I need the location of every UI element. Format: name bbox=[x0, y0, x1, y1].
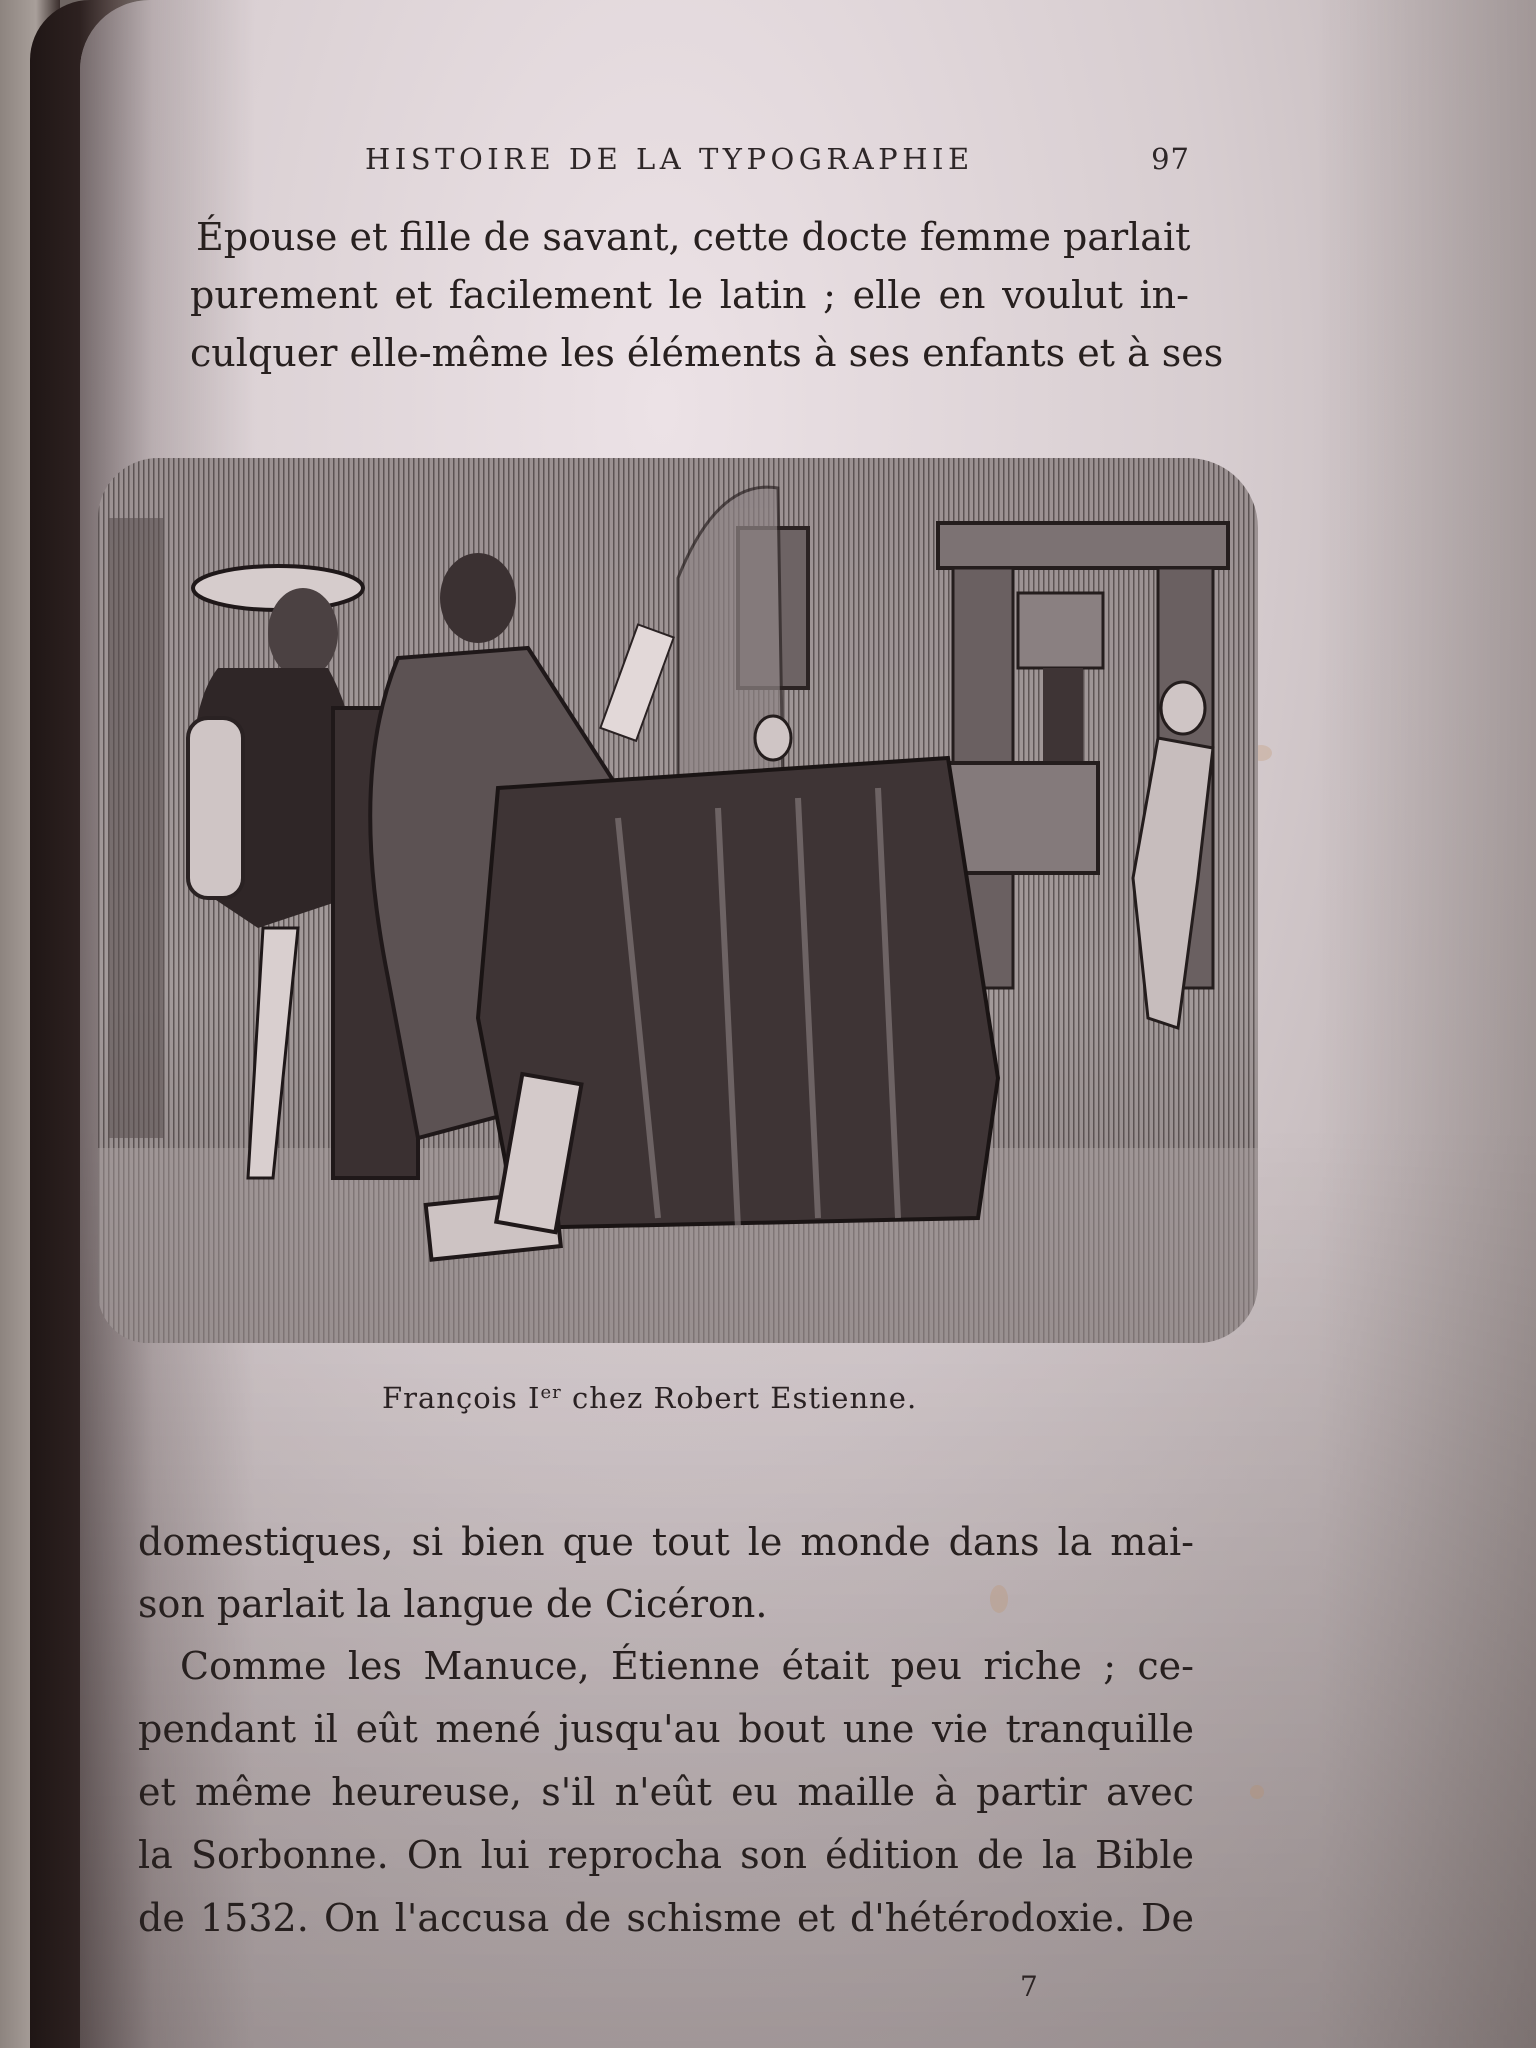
king-leg bbox=[248, 928, 298, 1178]
text-line: et même heureuse, s'il n'eût eu maille à… bbox=[138, 1773, 1194, 1811]
caption-main: François I bbox=[382, 1381, 540, 1415]
press-top bbox=[938, 523, 1228, 568]
king-head bbox=[268, 588, 338, 678]
text-line: Épouse et fille de savant, cette docte f… bbox=[196, 218, 1189, 256]
text-line-content: Épouse et fille de savant, cette docte f… bbox=[196, 218, 1189, 256]
text-line: culquer elle-même les éléments à ses enf… bbox=[190, 334, 1189, 372]
caption-superscript: er bbox=[540, 1382, 561, 1403]
apprentice-head bbox=[755, 716, 791, 760]
engraving-scene bbox=[98, 458, 1258, 1343]
king-sleeve bbox=[188, 718, 243, 898]
text-line: Comme les Manuce, Étienne était peu rich… bbox=[180, 1647, 1194, 1685]
text-line: son parlait la langue de Cicéron. bbox=[138, 1585, 767, 1623]
text-line: la Sorbonne. On lui reprocha son édition… bbox=[138, 1836, 1194, 1874]
running-head-title: HISTOIRE DE LA TYPOGRAPHIE bbox=[365, 142, 974, 176]
signature-mark: 7 bbox=[1020, 1970, 1038, 2003]
engraving-illustration bbox=[98, 458, 1258, 1343]
scholar-head bbox=[440, 553, 516, 643]
printer-head bbox=[1161, 682, 1205, 734]
text-line: domestiques, si bien que tout le monde d… bbox=[138, 1523, 1194, 1561]
text-line: purement et facilement le latin ; elle e… bbox=[190, 276, 1189, 314]
caption-rest: chez Robert Estienne. bbox=[562, 1381, 917, 1415]
figure-caption: François Ier chez Robert Estienne. bbox=[382, 1381, 917, 1415]
foxing-stain bbox=[990, 1585, 1008, 1613]
text-line: pendant il eût mené jusqu'au bout une vi… bbox=[138, 1710, 1194, 1748]
manuscript-sheet bbox=[600, 624, 673, 740]
foxing-stain bbox=[1250, 1785, 1264, 1799]
pillar-shape bbox=[108, 518, 163, 1138]
text-line: de 1532. On l'accusa de schisme et d'hét… bbox=[138, 1899, 1194, 1937]
page-number: 97 bbox=[1151, 142, 1190, 176]
running-head: HISTOIRE DE LA TYPOGRAPHIE 97 bbox=[365, 142, 1190, 176]
